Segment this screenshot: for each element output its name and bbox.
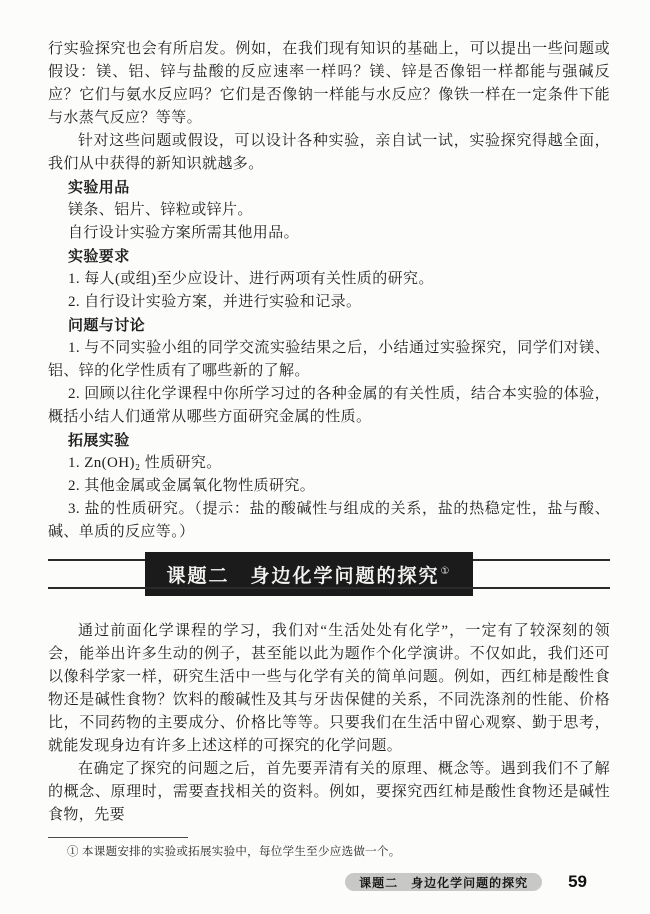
supplies-item: 镁条、铝片、锌粒或锌片。 (48, 199, 610, 222)
section-heading-extension-experiments: 拓展实验 (48, 429, 610, 452)
extension-item: 1. Zn(OH)₂ 性质研究。 (48, 452, 610, 475)
page-footer: 课题二 身边化学问题的探究 59 (345, 872, 587, 892)
section-heading-experiment-requirements: 实验要求 (48, 245, 610, 268)
footnote-text: ① 本课题安排的实验或拓展实验中，每位学生至少应选做一个。 (48, 844, 610, 860)
paragraph-continuation: 行实验探究也会有所启发。例如，在我们现有知识的基础上，可以提出一些问题或假设：镁… (48, 38, 610, 130)
text-column: 行实验探究也会有所启发。例如，在我们现有知识的基础上，可以提出一些问题或假设：镁… (48, 0, 610, 860)
paragraph-lead: 针对这些问题或假设，可以设计各种实验，亲自试一试，实验探究得越全面，我们从中获得… (48, 130, 610, 176)
extension-item: 3. 盐的性质研究。（提示：盐的酸碱性与组成的关系，盐的热稳定性，盐与酸、碱、单… (48, 498, 610, 544)
chapter-title: 课题二 身边化学问题的探究① (167, 561, 452, 588)
section-heading-experiment-supplies: 实验用品 (48, 176, 610, 199)
paragraph-body: 在确定了探究的问题之后，首先要弄清有关的原理、概念等。遇到我们不了解的概念、原理… (48, 758, 610, 827)
supplies-item: 自行设计实验方案所需其他用品。 (48, 222, 610, 245)
banner-bottom-rule (48, 587, 610, 589)
discussion-item: 1. 与不同实验小组的同学交流实验结果之后，小结通过实验探究，同学们对镁、铝、锌… (48, 337, 610, 383)
requirement-item: 1. 每人(或组)至少应设计、进行两项有关性质的研究。 (48, 268, 610, 291)
requirement-item: 2. 自行设计实验方案，并进行实验和记录。 (48, 291, 610, 314)
extension-item: 2. 其他金属或金属氧化物性质研究。 (48, 475, 610, 498)
page-number: 59 (568, 872, 587, 892)
chapter-title-banner: 课题二 身边化学问题的探究① (48, 552, 610, 596)
footnote-divider (48, 837, 188, 838)
footnote-reference-mark: ① (441, 566, 452, 577)
chapter-title-box: 课题二 身边化学问题的探究① (145, 552, 473, 596)
discussion-item: 2. 回顾以往化学课程中你所学习过的各种金属的有关性质，结合本实验的体验，概括小… (48, 383, 610, 429)
paragraph-body: 通过前面化学课程的学习，我们对“生活处处有化学”，一定有了较深刻的领会，能举出许… (48, 620, 610, 758)
textbook-page: 行实验探究也会有所启发。例如，在我们现有知识的基础上，可以提出一些问题或假设：镁… (0, 0, 650, 914)
running-header-badge: 课题二 身边化学问题的探究 (345, 873, 542, 891)
section-heading-questions-discussion: 问题与讨论 (48, 314, 610, 337)
